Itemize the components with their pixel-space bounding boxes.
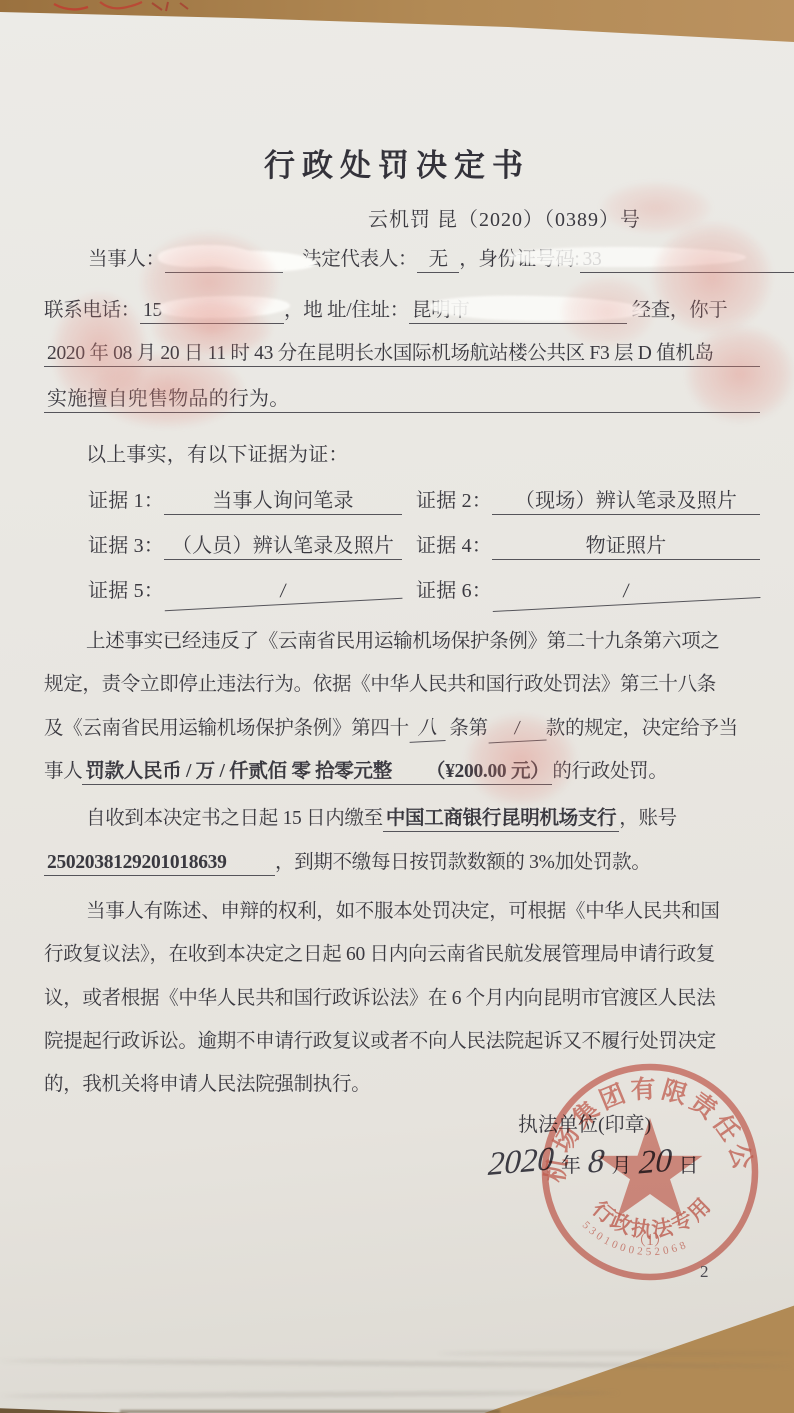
ruling-text: 款的规定，决定给予当 bbox=[546, 718, 738, 739]
paper-crease bbox=[437, 1352, 794, 1355]
evidence-row-1: 证据 1：当事人询问笔录 证据 2：（现场）辨认笔录及照片 bbox=[88, 484, 760, 515]
paper-crease bbox=[0, 1391, 619, 1397]
scanned-penalty-document: 行政处罚决定书 云机罚 昆（2020）（0389）号 当事人： ，法定代表人：无… bbox=[0, 0, 794, 1413]
evidence-row-3: 证据 5：/ 证据 6：/ bbox=[88, 574, 760, 605]
penalty-lead: 事人 bbox=[44, 761, 82, 782]
legal-rep-value: 无 bbox=[417, 249, 459, 273]
article-fill: 八 bbox=[408, 717, 445, 743]
fingerprint-smudge bbox=[600, 182, 712, 234]
bank-name: 中国工商银行昆明机场支行 bbox=[386, 808, 616, 829]
rights-line-1: 当事人有陈述、申辩的权利，如不服本处罚决定，可根据《中华人民共和国 bbox=[44, 895, 794, 923]
gap bbox=[392, 761, 426, 783]
evidence-intro: 以上事实，有以下证据为证： bbox=[44, 438, 794, 467]
fingerprint-smudge bbox=[466, 714, 576, 806]
payment-text: ，账号 bbox=[619, 808, 677, 829]
fingerprint-smudge bbox=[560, 276, 655, 348]
ruling-line-2: 规定，责令立即停止违法行为。依据《中华人民共和国行政处罚法》第三十八条 bbox=[44, 668, 760, 696]
evidence-value: / bbox=[164, 574, 403, 611]
payment-line-2: 2502038129201018639，到期不缴每日按罚款数额的 3%加处罚款。 bbox=[44, 846, 760, 876]
evidence-label: 证据 3： bbox=[88, 529, 164, 558]
red-ink-marks bbox=[48, 0, 268, 18]
evidence-label: 证据 1： bbox=[88, 484, 164, 513]
evidence-value: 物证照片 bbox=[492, 535, 760, 560]
desk-background-bottom-left bbox=[0, 1407, 130, 1413]
fingerprint-smudge bbox=[152, 300, 272, 358]
address-label: ，地 址/住址： bbox=[284, 300, 409, 321]
fingerprint-smudge bbox=[652, 222, 772, 334]
rights-line-4: 院提起行政诉讼。逾期不申请行政复议或者不向人民法院起诉又不履行处罚决定 bbox=[44, 1025, 760, 1053]
ruling-line-3: 及《云南省民用运输机场保护条例》第四十八 条第/款的规定，决定给予当 bbox=[44, 712, 760, 742]
evidence-label: 证据 2： bbox=[416, 484, 492, 513]
payment-line-1: 自收到本决定书之日起 15 日内缴至中国工商银行昆明机场支行，账号 bbox=[44, 802, 794, 832]
evidence-value: （人员）辨认笔录及照片 bbox=[164, 535, 402, 560]
evidence-row-2: 证据 3：（人员）辨认笔录及照片 证据 4：物证照片 bbox=[88, 529, 760, 560]
penalty-amount: 罚款人民币 / 万 / 仟贰佰 零 拾零元整 bbox=[85, 761, 392, 782]
evidence-value: / bbox=[492, 573, 761, 612]
evidence-value: （现场）辨认笔录及照片 bbox=[492, 490, 760, 515]
document-title: 行政处罚决定书 bbox=[0, 140, 794, 185]
penalty-line: 事人罚款人民币 / 万 / 仟贰佰 零 拾零元整 （¥200.00 元）的行政处… bbox=[44, 755, 760, 785]
fingerprint-smudge bbox=[686, 326, 794, 422]
evidence-label: 证据 5： bbox=[88, 574, 164, 603]
rights-line-2: 行政复议法》，在收到本决定之日起 60 日内向云南省民航发展管理局申请行政复 bbox=[44, 938, 760, 966]
fingerprint-smudge bbox=[92, 352, 244, 428]
evidence-label: 证据 6： bbox=[416, 574, 492, 603]
evidence-label: 证据 4： bbox=[416, 529, 492, 558]
seal-star-icon bbox=[598, 1118, 703, 1217]
rights-line-3: 议，或者根据《中华人民共和国行政诉讼法》在 6 个月内向昆明市官渡区人民法 bbox=[44, 982, 760, 1010]
ruling-line-1: 上述事实已经违反了《云南省民用运输机场保护条例》第二十九条第六项之 bbox=[44, 625, 794, 653]
ruling-text: 及《云南省民用运输机场保护条例》第四十 bbox=[44, 718, 409, 739]
official-red-seal: 机场集团有限责任公 行政执法专用章 （1） 5301000252068 bbox=[534, 1056, 766, 1288]
page-number: 2 bbox=[700, 1262, 709, 1282]
account-number: 2502038129201018639 bbox=[47, 852, 227, 873]
payment-text: 自收到本决定书之日起 15 日内缴至 bbox=[86, 808, 383, 829]
payment-text: ，到期不缴每日按罚款数额的 3%加处罚款。 bbox=[275, 852, 651, 873]
evidence-value: 当事人询问笔录 bbox=[164, 490, 402, 515]
